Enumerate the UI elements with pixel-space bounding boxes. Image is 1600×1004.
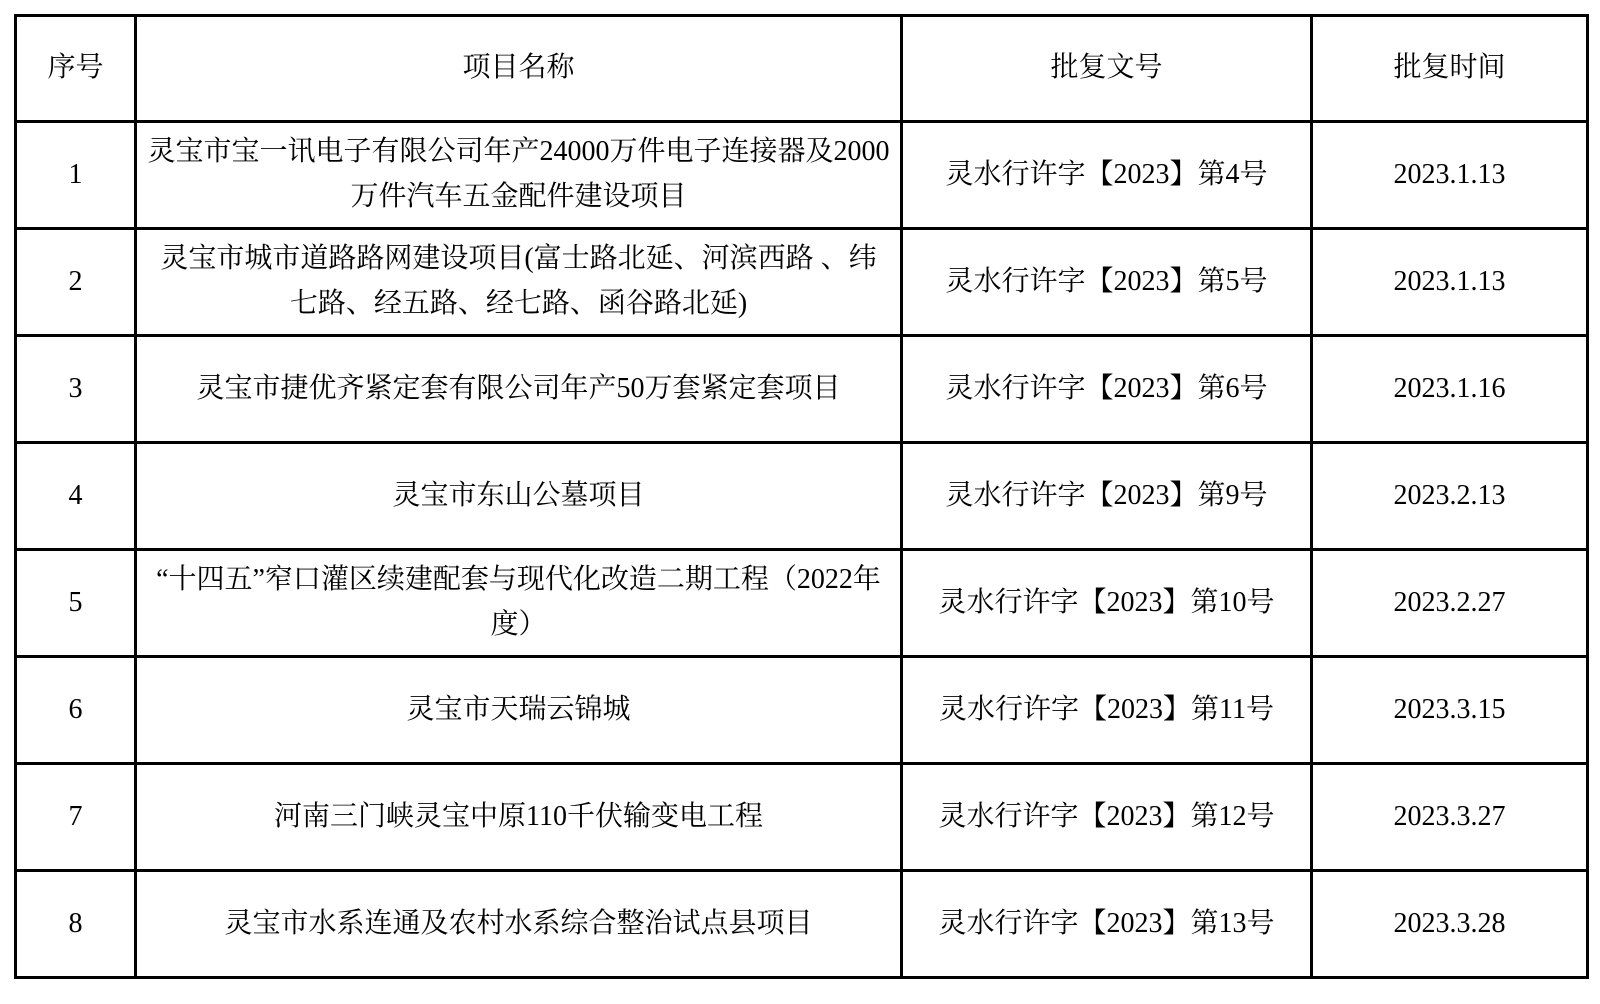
approval-doc-no: 灵水行许字【2023】第4号	[902, 122, 1312, 229]
table-row: 5 “十四五”窄口灌区续建配套与现代化改造二期工程（2022年度） 灵水行许字【…	[16, 550, 1588, 657]
approval-doc-no: 灵水行许字【2023】第13号	[902, 871, 1312, 978]
row-no: 8	[16, 871, 136, 978]
approval-doc-no: 灵水行许字【2023】第5号	[902, 229, 1312, 336]
table-row: 2 灵宝市城市道路路网建设项目(富士路北延、河滨西路 、纬七路、经五路、经七路、…	[16, 229, 1588, 336]
header-col-doc: 批复文号	[902, 16, 1312, 122]
header-col-date: 批复时间	[1312, 16, 1588, 122]
row-no: 2	[16, 229, 136, 336]
table-row: 7 河南三门峡灵宝中原110千伏输变电工程 灵水行许字【2023】第12号 20…	[16, 764, 1588, 871]
approval-date: 2023.2.13	[1312, 443, 1588, 550]
approval-date: 2023.1.13	[1312, 229, 1588, 336]
row-no: 7	[16, 764, 136, 871]
approval-table: 序号 项目名称 批复文号 批复时间 1 灵宝市宝一讯电子有限公司年产24000万…	[14, 14, 1589, 979]
table-row: 3 灵宝市捷优齐紧定套有限公司年产50万套紧定套项目 灵水行许字【2023】第6…	[16, 336, 1588, 443]
approval-date: 2023.1.13	[1312, 122, 1588, 229]
row-no: 4	[16, 443, 136, 550]
approval-doc-no: 灵水行许字【2023】第12号	[902, 764, 1312, 871]
approval-doc-no: 灵水行许字【2023】第11号	[902, 657, 1312, 764]
project-name: 灵宝市宝一讯电子有限公司年产24000万件电子连接器及2000万件汽车五金配件建…	[136, 122, 902, 229]
header-col-no: 序号	[16, 16, 136, 122]
table-header-row: 序号 项目名称 批复文号 批复时间	[16, 16, 1588, 122]
approval-date: 2023.2.27	[1312, 550, 1588, 657]
table-row: 1 灵宝市宝一讯电子有限公司年产24000万件电子连接器及2000万件汽车五金配…	[16, 122, 1588, 229]
project-name: 河南三门峡灵宝中原110千伏输变电工程	[136, 764, 902, 871]
project-name: 灵宝市水系连通及农村水系综合整治试点县项目	[136, 871, 902, 978]
row-no: 1	[16, 122, 136, 229]
table-row: 8 灵宝市水系连通及农村水系综合整治试点县项目 灵水行许字【2023】第13号 …	[16, 871, 1588, 978]
document-page: 序号 项目名称 批复文号 批复时间 1 灵宝市宝一讯电子有限公司年产24000万…	[0, 0, 1600, 1004]
approval-doc-no: 灵水行许字【2023】第6号	[902, 336, 1312, 443]
approval-doc-no: 灵水行许字【2023】第10号	[902, 550, 1312, 657]
row-no: 3	[16, 336, 136, 443]
table-row: 4 灵宝市东山公墓项目 灵水行许字【2023】第9号 2023.2.13	[16, 443, 1588, 550]
header-col-name: 项目名称	[136, 16, 902, 122]
project-name: 灵宝市城市道路路网建设项目(富士路北延、河滨西路 、纬七路、经五路、经七路、函谷…	[136, 229, 902, 336]
table-row: 6 灵宝市天瑞云锦城 灵水行许字【2023】第11号 2023.3.15	[16, 657, 1588, 764]
approval-date: 2023.3.28	[1312, 871, 1588, 978]
project-name: 灵宝市捷优齐紧定套有限公司年产50万套紧定套项目	[136, 336, 902, 443]
project-name: 灵宝市天瑞云锦城	[136, 657, 902, 764]
approval-doc-no: 灵水行许字【2023】第9号	[902, 443, 1312, 550]
project-name: 灵宝市东山公墓项目	[136, 443, 902, 550]
approval-date: 2023.3.15	[1312, 657, 1588, 764]
approval-date: 2023.3.27	[1312, 764, 1588, 871]
row-no: 6	[16, 657, 136, 764]
approval-date: 2023.1.16	[1312, 336, 1588, 443]
row-no: 5	[16, 550, 136, 657]
project-name: “十四五”窄口灌区续建配套与现代化改造二期工程（2022年度）	[136, 550, 902, 657]
